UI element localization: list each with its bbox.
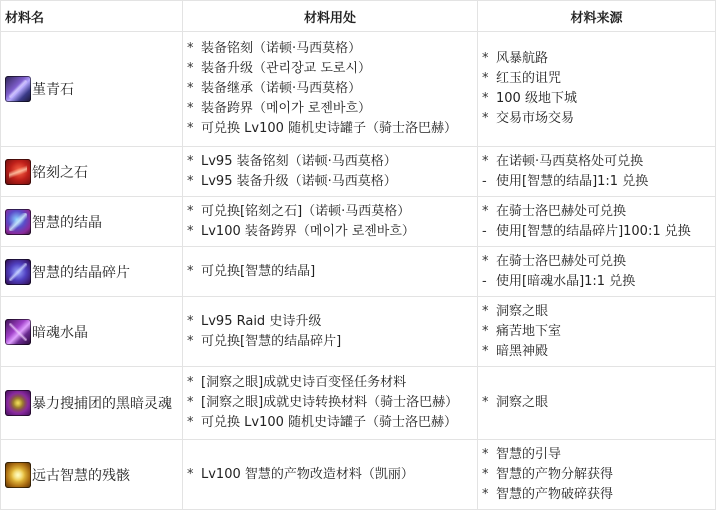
source-text: 使用[智慧的结晶碎片]100:1 兑换 bbox=[496, 224, 691, 239]
bullet: * bbox=[482, 465, 496, 485]
usage-line: *可兑换[智慧的结晶碎片] bbox=[187, 332, 473, 352]
bullet: * bbox=[187, 119, 201, 139]
table-row: 堇青石 *装备铭刻（诺顿·马西莫格） *装备升级（관리장교 도로시） *装备继承… bbox=[1, 32, 716, 147]
table-row: 暗魂水晶 *Lv95 Raid 史诗升级 *可兑换[智慧的结晶碎片] *洞察之眼… bbox=[1, 297, 716, 367]
source-line: *交易市场交易 bbox=[482, 109, 711, 129]
material-name: 铭刻之石 bbox=[32, 162, 88, 182]
material-usage-cell: *[洞察之眼]成就史诗百变怪任务材料 *[洞察之眼]成就史诗转换材料（骑士洛巴赫… bbox=[183, 367, 478, 440]
bullet: * bbox=[482, 109, 496, 129]
bullet: * bbox=[482, 252, 496, 272]
header-material-usage: 材料用处 bbox=[183, 1, 478, 32]
inscription-stone-icon bbox=[5, 159, 31, 185]
source-text: 风暴航路 bbox=[496, 51, 548, 66]
bullet: * bbox=[187, 373, 201, 393]
usage-text: 装备继承（诺顿·马西莫格） bbox=[201, 81, 361, 96]
material-source-cell: *在诺顿·马西莫格处可兑换 -使用[智慧的结晶]1:1 兑换 bbox=[478, 147, 716, 197]
material-source-cell: *洞察之眼 bbox=[478, 367, 716, 440]
usage-text: Lv95 装备铭刻（诺顿·马西莫格） bbox=[201, 154, 397, 169]
source-text: 暗黑神殿 bbox=[496, 344, 548, 359]
source-text: 痛苦地下室 bbox=[496, 324, 561, 339]
bullet: * bbox=[187, 79, 201, 99]
header-material-source: 材料来源 bbox=[478, 1, 716, 32]
bullet: * bbox=[482, 152, 496, 172]
bullet: * bbox=[482, 89, 496, 109]
bullet: * bbox=[187, 465, 201, 485]
bullet: * bbox=[482, 302, 496, 322]
materials-table: 材料名 材料用处 材料来源 堇青石 *装备铭刻（诺顿·马西莫格） *装备升级（관… bbox=[0, 0, 716, 510]
material-name: 暴力搜捕团的黑暗灵魂 bbox=[32, 393, 172, 413]
usage-line: *可兑换 Lv100 随机史诗罐子（骑士洛巴赫） bbox=[187, 119, 473, 139]
cordierite-icon bbox=[5, 76, 31, 102]
wisdom-crystal-shard-icon bbox=[5, 259, 31, 285]
source-line: *智慧的产物破碎获得 bbox=[482, 485, 711, 505]
usage-text: 可兑换 Lv100 随机史诗罐子（骑士洛巴赫） bbox=[201, 121, 457, 136]
source-line: *风暴航路 bbox=[482, 49, 711, 69]
usage-line: *Lv95 装备铭刻（诺顿·马西莫格） bbox=[187, 152, 473, 172]
material-name-cell: 暗魂水晶 bbox=[1, 297, 183, 367]
bullet: - bbox=[482, 272, 496, 292]
source-text: 使用[智慧的结晶]1:1 兑换 bbox=[496, 174, 648, 189]
bullet: * bbox=[187, 202, 201, 222]
wisdom-crystal-icon bbox=[5, 209, 31, 235]
usage-line: *Lv100 装备跨界（메이가 로젠바흐） bbox=[187, 222, 473, 242]
usage-text: Lv95 装备升级（诺顿·马西莫格） bbox=[201, 174, 397, 189]
material-name: 智慧的结晶碎片 bbox=[32, 262, 130, 282]
source-text: 交易市场交易 bbox=[496, 111, 574, 126]
usage-text: [洞察之眼]成就史诗百变怪任务材料 bbox=[201, 375, 406, 390]
bullet: - bbox=[482, 172, 496, 192]
bullet: * bbox=[187, 172, 201, 192]
usage-line: *Lv95 装备升级（诺顿·马西莫格） bbox=[187, 172, 473, 192]
source-text: 洞察之眼 bbox=[496, 395, 548, 410]
source-line: *在诺顿·马西莫格处可兑换 bbox=[482, 152, 711, 172]
material-usage-cell: *装备铭刻（诺顿·马西莫格） *装备升级（관리장교 도로시） *装备继承（诺顿·… bbox=[183, 32, 478, 147]
bullet: * bbox=[187, 312, 201, 332]
source-line: *暗黑神殿 bbox=[482, 342, 711, 362]
material-usage-cell: *可兑换[智慧的结晶] bbox=[183, 247, 478, 297]
bullet: * bbox=[482, 342, 496, 362]
source-text: 在骑士洛巴赫处可兑换 bbox=[496, 254, 626, 269]
source-text: 使用[暗魂水晶]1:1 兑换 bbox=[496, 274, 635, 289]
source-line: *在骑士洛巴赫处可兑换 bbox=[482, 202, 711, 222]
bullet: * bbox=[482, 202, 496, 222]
usage-line: *可兑换[智慧的结晶] bbox=[187, 262, 473, 282]
usage-text: Lv95 Raid 史诗升级 bbox=[201, 314, 321, 329]
header-material-name: 材料名 bbox=[1, 1, 183, 32]
bullet: * bbox=[187, 59, 201, 79]
source-line: *洞察之眼 bbox=[482, 393, 711, 413]
usage-line: *Lv100 智慧的产物改造材料（凯丽） bbox=[187, 465, 473, 485]
source-text: 智慧的引导 bbox=[496, 447, 561, 462]
material-usage-cell: *Lv95 Raid 史诗升级 *可兑换[智慧的结晶碎片] bbox=[183, 297, 478, 367]
table-row: 智慧的结晶碎片 *可兑换[智慧的结晶] *在骑士洛巴赫处可兑换 -使用[暗魂水晶… bbox=[1, 247, 716, 297]
usage-text: 可兑换[铭刻之石]（诺顿·马西莫格） bbox=[201, 204, 410, 219]
material-name: 智慧的结晶 bbox=[32, 212, 102, 232]
source-line: *100 级地下城 bbox=[482, 89, 711, 109]
dark-soul-orb-icon bbox=[5, 390, 31, 416]
material-source-cell: *洞察之眼 *痛苦地下室 *暗黑神殿 bbox=[478, 297, 716, 367]
ancient-wisdom-remains-icon bbox=[5, 462, 31, 488]
source-line: -使用[暗魂水晶]1:1 兑换 bbox=[482, 272, 711, 292]
usage-text: 可兑换[智慧的结晶碎片] bbox=[201, 334, 341, 349]
material-source-cell: *在骑士洛巴赫处可兑换 -使用[智慧的结晶碎片]100:1 兑换 bbox=[478, 197, 716, 247]
source-text: 智慧的产物破碎获得 bbox=[496, 487, 613, 502]
material-name-cell: 智慧的结晶 bbox=[1, 197, 183, 247]
material-name: 远古智慧的残骸 bbox=[32, 465, 130, 485]
usage-line: *可兑换[铭刻之石]（诺顿·马西莫格） bbox=[187, 202, 473, 222]
usage-text: 可兑换 Lv100 随机史诗罐子（骑士洛巴赫） bbox=[201, 415, 457, 430]
bullet: * bbox=[482, 69, 496, 89]
bullet: * bbox=[187, 39, 201, 59]
material-source-cell: *智慧的引导 *智慧的产物分解获得 *智慧的产物破碎获得 bbox=[478, 440, 716, 510]
material-name-cell: 铭刻之石 bbox=[1, 147, 183, 197]
material-usage-cell: *Lv100 智慧的产物改造材料（凯丽） bbox=[183, 440, 478, 510]
usage-text: Lv100 智慧的产物改造材料（凯丽） bbox=[201, 467, 414, 482]
usage-text: Lv100 装备跨界（메이가 로젠바흐） bbox=[201, 224, 415, 239]
material-usage-cell: *Lv95 装备铭刻（诺顿·马西莫格） *Lv95 装备升级（诺顿·马西莫格） bbox=[183, 147, 478, 197]
header-row: 材料名 材料用处 材料来源 bbox=[1, 1, 716, 32]
bullet: * bbox=[187, 152, 201, 172]
table-row: 智慧的结晶 *可兑换[铭刻之石]（诺顿·马西莫格） *Lv100 装备跨界（메이… bbox=[1, 197, 716, 247]
material-name: 暗魂水晶 bbox=[32, 322, 88, 342]
bullet: * bbox=[482, 445, 496, 465]
bullet: * bbox=[482, 485, 496, 505]
source-line: *智慧的引导 bbox=[482, 445, 711, 465]
table-row: 远古智慧的残骸 *Lv100 智慧的产物改造材料（凯丽） *智慧的引导 *智慧的… bbox=[1, 440, 716, 510]
bullet: * bbox=[187, 262, 201, 282]
usage-text: 装备铭刻（诺顿·马西莫格） bbox=[201, 41, 361, 56]
material-source-cell: *在骑士洛巴赫处可兑换 -使用[暗魂水晶]1:1 兑换 bbox=[478, 247, 716, 297]
source-line: *在骑士洛巴赫处可兑换 bbox=[482, 252, 711, 272]
bullet: * bbox=[187, 222, 201, 242]
dark-soul-crystal-icon bbox=[5, 319, 31, 345]
usage-line: *[洞察之眼]成就史诗转换材料（骑士洛巴赫） bbox=[187, 393, 473, 413]
table-row: 暴力搜捕团的黑暗灵魂 *[洞察之眼]成就史诗百变怪任务材料 *[洞察之眼]成就史… bbox=[1, 367, 716, 440]
usage-text: 装备升级（관리장교 도로시） bbox=[201, 61, 371, 76]
bullet: * bbox=[187, 393, 201, 413]
source-text: 在诺顿·马西莫格处可兑换 bbox=[496, 154, 643, 169]
usage-text: 装备跨界（메이가 로젠바흐） bbox=[201, 101, 371, 116]
usage-line: *可兑换 Lv100 随机史诗罐子（骑士洛巴赫） bbox=[187, 413, 473, 433]
source-line: -使用[智慧的结晶]1:1 兑换 bbox=[482, 172, 711, 192]
usage-line: *[洞察之眼]成就史诗百变怪任务材料 bbox=[187, 373, 473, 393]
bullet: - bbox=[482, 222, 496, 242]
bullet: * bbox=[187, 413, 201, 433]
source-text: 红玉的诅咒 bbox=[496, 71, 561, 86]
material-name-cell: 暴力搜捕团的黑暗灵魂 bbox=[1, 367, 183, 440]
source-text: 在骑士洛巴赫处可兑换 bbox=[496, 204, 626, 219]
material-name-cell: 堇青石 bbox=[1, 32, 183, 147]
usage-line: *装备跨界（메이가 로젠바흐） bbox=[187, 99, 473, 119]
usage-line: *装备升级（관리장교 도로시） bbox=[187, 59, 473, 79]
bullet: * bbox=[187, 332, 201, 352]
usage-text: 可兑换[智慧的结晶] bbox=[201, 264, 315, 279]
source-line: *洞察之眼 bbox=[482, 302, 711, 322]
material-name-cell: 智慧的结晶碎片 bbox=[1, 247, 183, 297]
source-line: *痛苦地下室 bbox=[482, 322, 711, 342]
usage-line: *装备铭刻（诺顿·马西莫格） bbox=[187, 39, 473, 59]
material-usage-cell: *可兑换[铭刻之石]（诺顿·马西莫格） *Lv100 装备跨界（메이가 로젠바흐… bbox=[183, 197, 478, 247]
bullet: * bbox=[482, 49, 496, 69]
usage-line: *装备继承（诺顿·马西莫格） bbox=[187, 79, 473, 99]
table-row: 铭刻之石 *Lv95 装备铭刻（诺顿·马西莫格） *Lv95 装备升级（诺顿·马… bbox=[1, 147, 716, 197]
source-line: *红玉的诅咒 bbox=[482, 69, 711, 89]
source-line: *智慧的产物分解获得 bbox=[482, 465, 711, 485]
source-text: 洞察之眼 bbox=[496, 304, 548, 319]
bullet: * bbox=[482, 322, 496, 342]
material-name-cell: 远古智慧的残骸 bbox=[1, 440, 183, 510]
material-name: 堇青石 bbox=[32, 79, 74, 99]
bullet: * bbox=[187, 99, 201, 119]
source-text: 智慧的产物分解获得 bbox=[496, 467, 613, 482]
usage-line: *Lv95 Raid 史诗升级 bbox=[187, 312, 473, 332]
usage-text: [洞察之眼]成就史诗转换材料（骑士洛巴赫） bbox=[201, 395, 458, 410]
material-source-cell: *风暴航路 *红玉的诅咒 *100 级地下城 *交易市场交易 bbox=[478, 32, 716, 147]
source-text: 100 级地下城 bbox=[496, 91, 577, 106]
bullet: * bbox=[482, 393, 496, 413]
source-line: -使用[智慧的结晶碎片]100:1 兑换 bbox=[482, 222, 711, 242]
